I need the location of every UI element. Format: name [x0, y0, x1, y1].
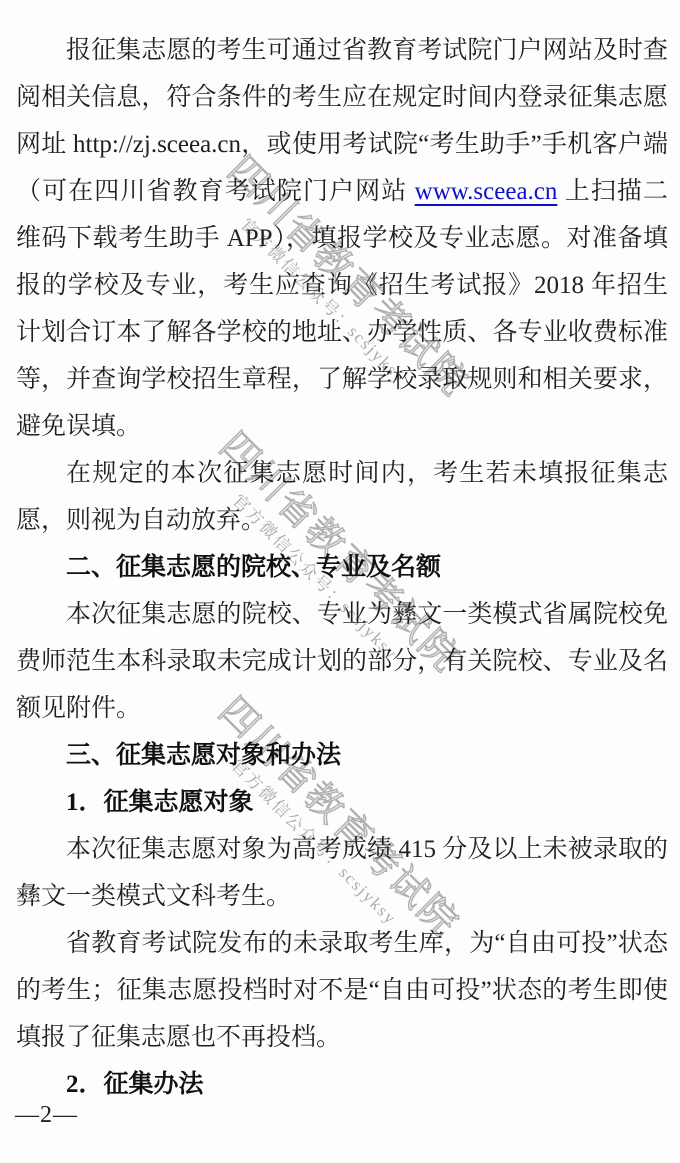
subsection-heading-1: 1．征集志愿对象 — [16, 779, 668, 826]
paragraph-eligibility: 本次征集志愿对象为高考成绩 415 分及以上未被录取的彝文一类模式文科考生。 — [16, 826, 668, 920]
paragraph-intro: 报征集志愿的考生可通过省教育考试院门户网站及时查阅相关信息，符合条件的考生应在规… — [16, 27, 668, 450]
page-number: —2— — [15, 1100, 78, 1130]
section-heading-3: 三、征集志愿对象和办法 — [16, 732, 668, 779]
body-text: 报征集志愿的考生可通过省教育考试院门户网站及时查阅相关信息，符合条件的考生应在规… — [16, 27, 668, 1108]
paragraph-intro-after-link: 上扫描二维码下载考生助手 APP），填报学校及专业志愿。对准备填报的学校及专业，… — [16, 178, 668, 440]
subsection-heading-2: 2．征集办法 — [16, 1061, 668, 1108]
paragraph-free-to-apply-status: 省教育考试院发布的未录取考生库，为“自由可投”状态的考生；征集志愿投档时对不是“… — [16, 920, 668, 1061]
section-heading-2: 二、征集志愿的院校、专业及名额 — [16, 544, 668, 591]
paragraph-deadline-waiver: 在规定的本次征集志愿时间内，考生若未填报征集志愿，则视为自动放弃。 — [16, 450, 668, 544]
sceea-website-link[interactable]: www.sceea.cn — [415, 178, 558, 205]
paragraph-schools-majors: 本次征集志愿的院校、专业为彝文一类模式省属院校免费师范生本科录取未完成计划的部分… — [16, 591, 668, 732]
document-page: 四川省教育考试院 官方微信公众号：scsjyksy 四川省教育考试院 官方微信公… — [0, 0, 680, 1163]
